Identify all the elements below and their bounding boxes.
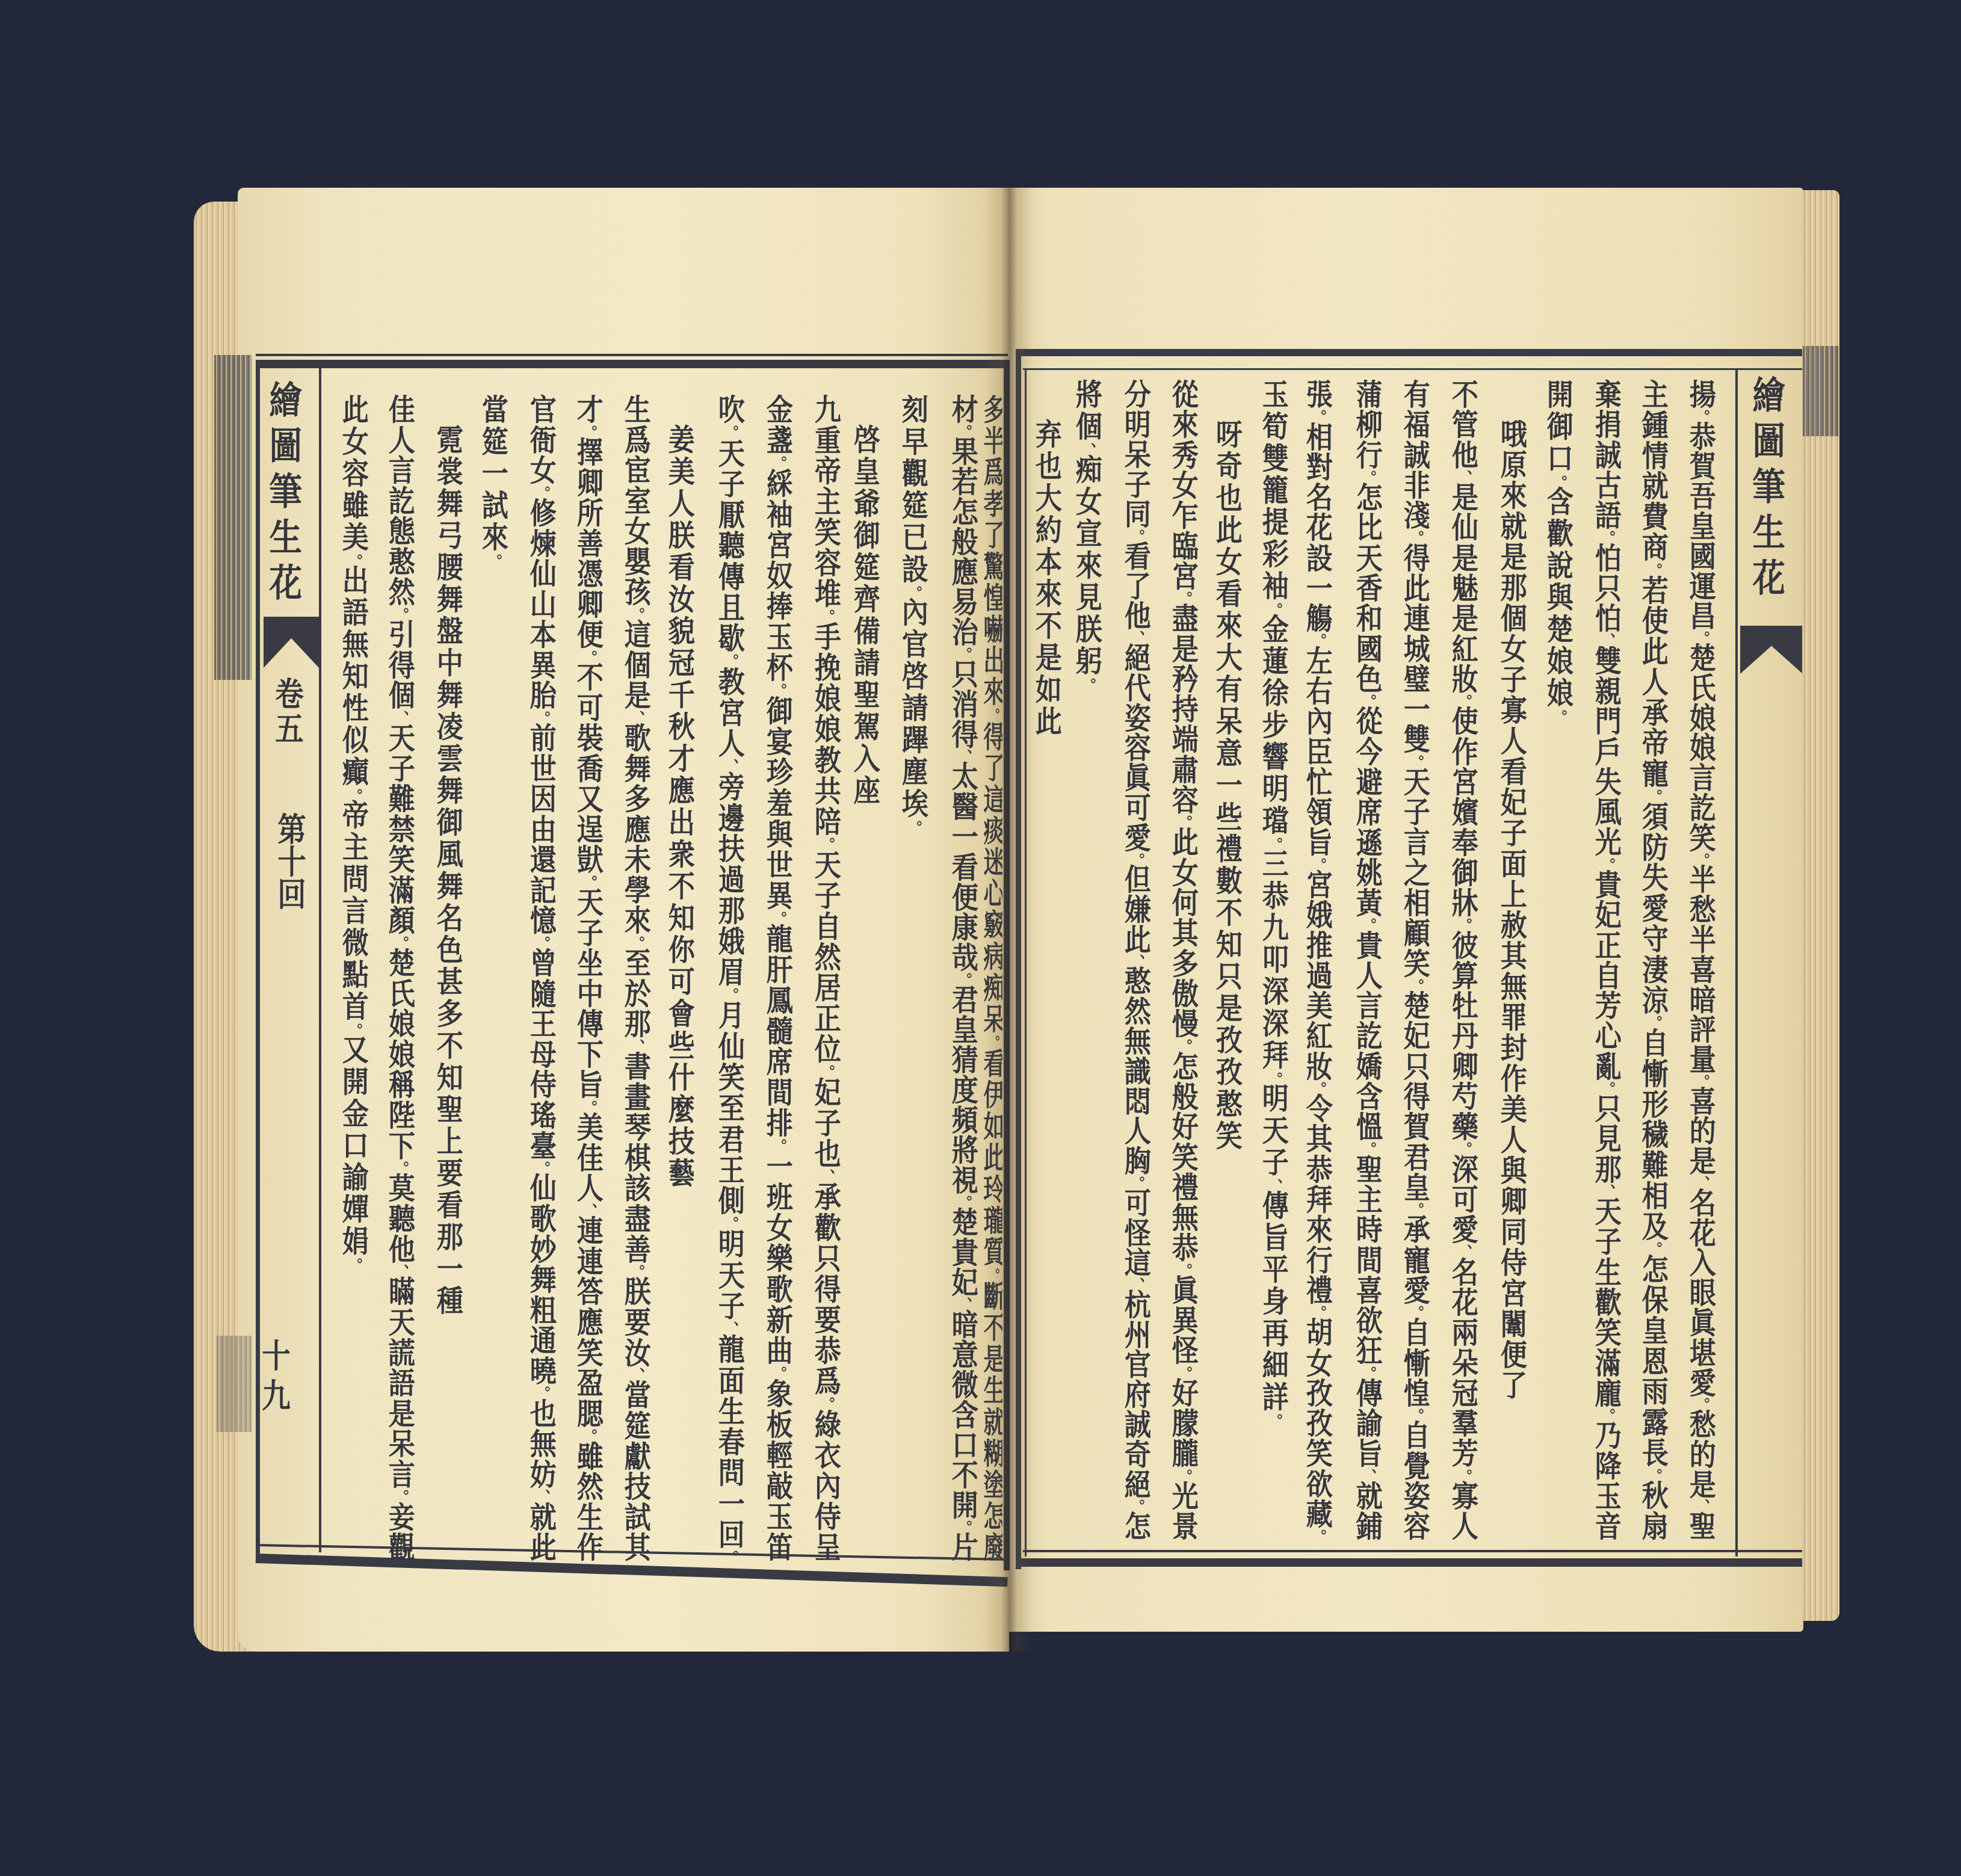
stacked-page-number-ink <box>217 1336 252 1432</box>
punctuation-mark: 。 <box>392 1489 409 1506</box>
text-column: 官衙女。修煉仙山本異胎。前世因由還記憶。曾隨王母侍瑤臺。仙歌妙舞粗通曉。也無妨、… <box>525 394 558 1561</box>
punctuation-mark: 、 <box>956 1297 972 1314</box>
punctuation-mark: 、 <box>392 711 409 727</box>
speech-column: 霓裳舞弓腰舞盤中舞凌雲舞御風舞名色甚多不知聖上要看那一種 <box>432 424 465 1561</box>
punctuation-mark: 。 <box>628 936 645 952</box>
text-column: 棄捐誠古語。怕只怕、雙親門戶失風光。貴妃正自芳心亂。只見那、天子生歡笑滿龐。乃降… <box>1590 379 1623 1540</box>
text-column: 才。擇卿所善憑卿便。不可裝喬又逞獃。天子坐中傳下旨。美佳人、連連答應笑盈腮。雖然… <box>572 394 605 1561</box>
punctuation-mark: 。 <box>1456 1141 1472 1158</box>
text-column: 佳人言訖態憨然。引得個、天子難禁笑滿顏。楚氏娘娘稱陛下。莫聽他、瞞天謊語是呆言。… <box>384 394 416 1561</box>
punctuation-mark: 。 <box>486 554 502 570</box>
text-column: 蒲柳行。怎比天香和國色。從今避席遜姚黃。貴人言訖嬌含慍。聖主時間喜欲狂。傳諭旨、… <box>1351 379 1384 1540</box>
left-frame-top-thin <box>256 354 1008 356</box>
speech-column: 啓皇爺御筵齊備請聖駕入座 <box>849 424 882 1561</box>
punctuation-mark: 、 <box>1599 633 1616 650</box>
punctuation-mark: 、 <box>818 1169 835 1186</box>
punctuation-mark: 、 <box>1599 1184 1616 1201</box>
punctuation-mark: 。 <box>818 837 835 854</box>
punctuation-mark: 、 <box>1360 1469 1377 1486</box>
punctuation-mark: 。 <box>1646 1015 1663 1032</box>
punctuation-mark: 。 <box>1599 1081 1616 1098</box>
text-column: 開御口。含歡說與楚娘娘。 <box>1542 379 1575 1540</box>
punctuation-mark: 。 <box>1693 1074 1710 1091</box>
punctuation-mark: 。 <box>1310 1305 1327 1322</box>
book-title: 繪圖筆生花 <box>1745 375 1787 616</box>
punctuation-mark: 。 <box>956 1195 972 1212</box>
punctuation-mark: 。 <box>581 1428 598 1445</box>
book-title: 繪圖筆生花 <box>262 380 304 621</box>
punctuation-mark: 。 <box>1360 1141 1377 1158</box>
text-column: 主鍾情就費商。若使此人承帝寵。須防失愛守淒涼。自慚形穢難相及。怎保皇恩雨露長。秋… <box>1637 379 1670 1540</box>
punctuation-mark: 。 <box>1266 837 1283 853</box>
punctuation-mark: 。 <box>392 607 409 624</box>
punctuation-mark: 。 <box>1693 853 1710 869</box>
punctuation-mark: 。 <box>1176 1038 1193 1055</box>
punctuation-mark: 。 <box>956 647 972 664</box>
text-column: 揚。恭賀吾皇國運昌。楚氏娘娘言訖笑。半愁半喜暗評量。喜的是、名花入眼眞堪愛。愁的… <box>1685 379 1717 1540</box>
punctuation-mark: 、 <box>1128 1277 1145 1294</box>
punctuation-mark: 。 <box>1176 1469 1193 1486</box>
punctuation-mark: 。 <box>1693 1397 1710 1414</box>
punctuation-mark: 。 <box>1456 1469 1472 1486</box>
text-column: 吹。天子厭聽傳且歇。教宮人、旁邊扶過那娥眉。月仙笑至君王側。明天子、龍面生春問一… <box>714 394 746 1561</box>
text-column: 有福誠非淺。得此連城璧一雙。天子言之相顧笑。楚妃只得賀君皇。承寵愛。自慚惶。自覺… <box>1399 379 1431 1540</box>
punctuation-mark: 。 <box>1407 530 1424 547</box>
punctuation-mark: 。 <box>1310 633 1327 650</box>
text-column: 分明呆子同。看了他、絕代姿容眞可愛。但嫌此、憨然無識悶人胸。可怪這、杭州官府誠奇… <box>1120 379 1152 1540</box>
punctuation-mark: 。 <box>1266 1413 1283 1430</box>
text-column: 金盞。綵袖宮奴捧玉杯。御宴珍羞與世異。龍肝鳳髓席間排。一班女樂歌新曲。象板輕敲玉… <box>762 394 794 1561</box>
punctuation-mark: 。 <box>1176 1366 1193 1383</box>
punctuation-mark: 。 <box>534 1386 551 1402</box>
punctuation-mark: 。 <box>1360 918 1377 934</box>
punctuation-mark: 。 <box>1310 1529 1327 1540</box>
punctuation-mark: 、 <box>1079 443 1096 459</box>
punctuation-mark: 。 <box>392 936 409 952</box>
punctuation-mark: 。 <box>1266 602 1283 619</box>
text-column: 生爲宦室女嬰孩。這個是、歌舞多應未學來。至於那、書畫琴棋該盡善。朕要汝、當筵獻技… <box>620 394 652 1561</box>
punctuation-mark: 。 <box>1551 475 1567 491</box>
punctuation-mark: 。 <box>1176 591 1193 608</box>
punctuation-mark: 。 <box>1646 1241 1663 1259</box>
punctuation-mark: 。 <box>1456 918 1472 934</box>
punctuation-mark: 、 <box>1456 1244 1472 1261</box>
punctuation-mark: 。 <box>1128 1176 1145 1193</box>
punctuation-mark: 。 <box>956 424 972 441</box>
punctuation-mark: 。 <box>534 1161 551 1177</box>
punctuation-mark: 。 <box>1599 530 1616 547</box>
text-column: 張。相對名花設一觴。左右內臣忙領旨。宮娥推過美紅妝。令其恭拜來行禮。胡女孜孜笑欲… <box>1302 379 1334 1540</box>
punctuation-mark: 。 <box>1310 857 1327 874</box>
right-header-divider <box>1735 368 1738 1557</box>
text-column: 玉筍雙籠提彩袖。金蓮徐步響明璫。三恭九叩深深拜。明天子、傳旨平身再細詳。 <box>1258 379 1290 1540</box>
punctuation-mark: 。 <box>581 1100 598 1117</box>
punctuation-mark: 、 <box>534 1489 551 1506</box>
punctuation-mark: 。 <box>906 820 922 836</box>
punctuation-mark: 。 <box>722 987 739 1005</box>
punctuation-mark: 。 <box>1407 1305 1424 1322</box>
punctuation-mark: 、 <box>1128 954 1145 971</box>
punctuation-mark: 。 <box>770 1138 787 1156</box>
punctuation-mark: 、 <box>581 1203 598 1220</box>
punctuation-mark: 。 <box>1128 529 1145 546</box>
punctuation-mark: 。 <box>1599 1408 1616 1425</box>
punctuation-mark: 。 <box>628 607 645 624</box>
punctuation-mark: 。 <box>1551 709 1567 726</box>
stacked-header-ink <box>1803 346 1839 436</box>
punctuation-mark: 。 <box>534 711 551 727</box>
punctuation-mark: 。 <box>1646 1468 1663 1486</box>
punctuation-mark: 。 <box>1693 631 1710 647</box>
punctuation-mark: 。 <box>770 683 787 700</box>
punctuation-mark: 。 <box>722 1550 739 1561</box>
punctuation-mark: 。 <box>1360 470 1377 487</box>
punctuation-mark: 。 <box>628 1264 645 1281</box>
punctuation-mark: 。 <box>1310 409 1327 426</box>
right-frame-bottom-thick <box>1016 1558 1803 1567</box>
punctuation-mark: 、 <box>1128 631 1145 647</box>
punctuation-mark: 、 <box>628 1039 645 1056</box>
punctuation-mark: 。 <box>1407 978 1424 995</box>
right-frame-bottom-thin <box>1023 1550 1803 1552</box>
punctuation-mark: 。 <box>1360 1366 1377 1383</box>
punctuation-mark: 、 <box>628 1368 645 1384</box>
punctuation-mark: 。 <box>1456 694 1472 711</box>
punctuation-mark: 、 <box>722 1321 739 1339</box>
text-column: 此女容雖美。出語無知性似癲。帝主問言微點首。又開金口諭嬋娟。 <box>338 394 370 1561</box>
punctuation-mark: 。 <box>534 486 551 502</box>
punctuation-mark: 。 <box>818 609 835 626</box>
text-column: 從來秀女乍臨宮。盡是矜持端肅容。此女何其多傲慢。怎般好笑禮無恭。眞異怪。好朦朧。… <box>1167 379 1200 1540</box>
punctuation-mark: 、 <box>1456 470 1472 487</box>
text-column: 不管他、是仙是魅是紅妝。使作宮嬪奉御牀。彼算牡丹卿芍藥。深可愛、名花兩朵冠羣芳。… <box>1447 379 1480 1540</box>
punctuation-mark: 。 <box>534 936 551 952</box>
punctuation-mark: 。 <box>1360 694 1377 711</box>
punctuation-mark: 。 <box>581 425 598 442</box>
punctuation-mark: 。 <box>1310 1081 1327 1098</box>
punctuation-mark: 。 <box>346 554 363 570</box>
punctuation-mark: 、 <box>722 759 739 776</box>
punctuation-mark: 。 <box>770 1366 787 1383</box>
punctuation-mark: 。 <box>1266 1072 1283 1088</box>
punctuation-mark: 。 <box>1176 815 1193 832</box>
punctuation-mark: 、 <box>628 711 645 727</box>
punctuation-mark: 。 <box>818 1396 835 1414</box>
volume-label: 卷五 <box>267 677 309 755</box>
punctuation-mark: 。 <box>581 650 598 667</box>
punctuation-mark: 。 <box>722 653 739 671</box>
text-column: 刻早觀筵已設。內官啓請蹕塵埃。 <box>897 394 930 1561</box>
punctuation-mark: 。 <box>346 1257 363 1274</box>
punctuation-mark: 。 <box>1407 754 1424 771</box>
punctuation-mark: 。 <box>770 911 787 928</box>
punctuation-mark: 。 <box>1693 409 1710 426</box>
punctuation-mark: 。 <box>1128 853 1145 869</box>
speech-column: 哦原來就是那個女子寡人看妃子面上赦其無罪封作美人與卿同侍宮闈便了 <box>1496 419 1528 1540</box>
punctuation-mark: 。 <box>906 585 922 602</box>
punctuation-mark: 。 <box>581 875 598 892</box>
punctuation-mark: 、 <box>392 1264 409 1281</box>
punctuation-mark: 。 <box>346 788 363 804</box>
text-column: 將個、痴女宣來見朕躬。 <box>1071 379 1104 1540</box>
speech-column: 姜美人朕看汝貌冠千秋才應出衆不知你可會些什麼技藝 <box>664 424 696 1561</box>
punctuation-mark: 。 <box>770 455 787 473</box>
punctuation-mark: 。 <box>346 1023 363 1039</box>
punctuation-mark: 。 <box>1407 1408 1424 1425</box>
speech-column: 弃也大約本來不是如此 <box>1031 419 1063 1540</box>
punctuation-mark: 。 <box>956 1520 972 1537</box>
punctuation-mark: 。 <box>1079 677 1096 694</box>
punctuation-mark: 。 <box>1646 563 1663 580</box>
right-frame-top-thin <box>1023 368 1803 370</box>
page-number: 十九 <box>253 1339 295 1429</box>
gutter-shadow <box>984 188 1033 1652</box>
punctuation-mark: 。 <box>392 1161 409 1177</box>
punctuation-mark: 。 <box>722 1216 739 1233</box>
punctuation-mark: 。 <box>1128 1499 1145 1516</box>
text-column: 當筵一試來。 <box>477 394 510 1561</box>
punctuation-mark: 、 <box>1266 1179 1283 1195</box>
punctuation-mark: 。 <box>956 972 972 989</box>
punctuation-mark: 、 <box>1693 1176 1710 1193</box>
punctuation-mark: 、 <box>956 749 972 766</box>
punctuation-mark: 。 <box>1646 789 1663 806</box>
chapter-label: 第十回 <box>269 812 311 921</box>
speech-column: 呀奇也此女看來大有呆意一些禮數不知只是孜孜憨笑 <box>1211 419 1244 1540</box>
stacked-header-ink <box>214 355 252 680</box>
punctuation-mark: 。 <box>1599 857 1616 874</box>
punctuation-mark: 。 <box>1176 1263 1193 1280</box>
punctuation-mark: 。 <box>818 1064 835 1082</box>
text-column: 九重帝主笑容堆。手挽娘娘教共陪。天子自然居正位。妃子也、承歡只得要恭爲。綠衣內侍… <box>810 394 842 1561</box>
punctuation-mark: 。 <box>1407 1202 1424 1219</box>
left-header-divider <box>319 368 321 1552</box>
punctuation-mark: 、 <box>1693 1499 1710 1516</box>
punctuation-mark: 。 <box>722 425 739 442</box>
text-column: 材。果若怎般應易治。只消得、太醫一看便康哉。君皇猜度頻將視。楚貴妃、暗意微含口不… <box>947 394 980 1561</box>
left-frame-top-thick <box>256 360 1008 368</box>
right-frame-top-thick <box>1016 349 1803 356</box>
